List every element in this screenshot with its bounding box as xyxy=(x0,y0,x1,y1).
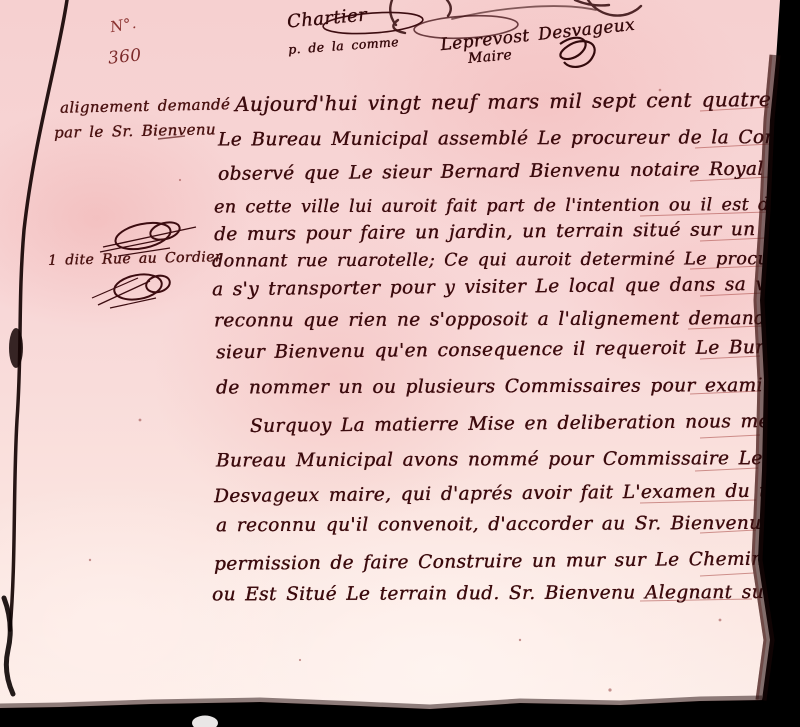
body-line: donnant rue ruarotelle; Ce qui auroit de… xyxy=(212,245,800,274)
body-line: Aujourd'hui vingt neuf mars mil sept cen… xyxy=(235,85,800,117)
margin-note-alignment-line2: par le Sr. Bienvenu xyxy=(54,116,216,145)
body-line: Surquoy La matierre Mise en deliberation… xyxy=(250,408,800,440)
body-line: Desvageux maire, qui d'aprés avoir fait … xyxy=(214,478,800,510)
signature-chartier: Chartier xyxy=(286,3,368,36)
body-line: Le Bureau Municipal assemblé Le procureu… xyxy=(218,125,800,154)
body-line: a s'y transporter pour y visiter Le loca… xyxy=(212,271,800,304)
margin-note-street: 1 dite Rue au Cordier xyxy=(48,244,222,274)
doc-number: 360 xyxy=(107,42,143,71)
doc-number-label: N°. xyxy=(108,10,139,40)
body-line: permission de faire Construire un mur su… xyxy=(214,546,800,578)
body-line: sieur Bienvenu qu'en consequence il requ… xyxy=(216,334,800,367)
body-line: de nommer un ou plusieurs Commissaires p… xyxy=(216,372,800,401)
body-line: de murs pour faire un jardin, un terrain… xyxy=(214,216,800,249)
body-line: en cette ville lui auroit fait part de l… xyxy=(214,191,800,220)
manuscript-scan: N°. 360 Chartier p. de la comme Leprevos… xyxy=(0,0,800,727)
body-line: observé que Le sieur Bernard Bienvenu no… xyxy=(218,156,800,188)
handwriting-layer: N°. 360 Chartier p. de la comme Leprevos… xyxy=(0,0,800,727)
signature-maire-role: Maire xyxy=(467,42,513,72)
body-line: ou Est Situé Le terrain dud. Sr. Bienven… xyxy=(212,580,800,609)
body-line: Bureau Municipal avons nommé pour Commis… xyxy=(216,445,800,474)
body-line: a reconnu qu'il convenoit, d'accorder au… xyxy=(216,511,795,540)
body-line: reconnu que rien ne s'opposoit a l'align… xyxy=(214,306,800,335)
signature-chartier-role: p. de la comme xyxy=(287,29,400,63)
